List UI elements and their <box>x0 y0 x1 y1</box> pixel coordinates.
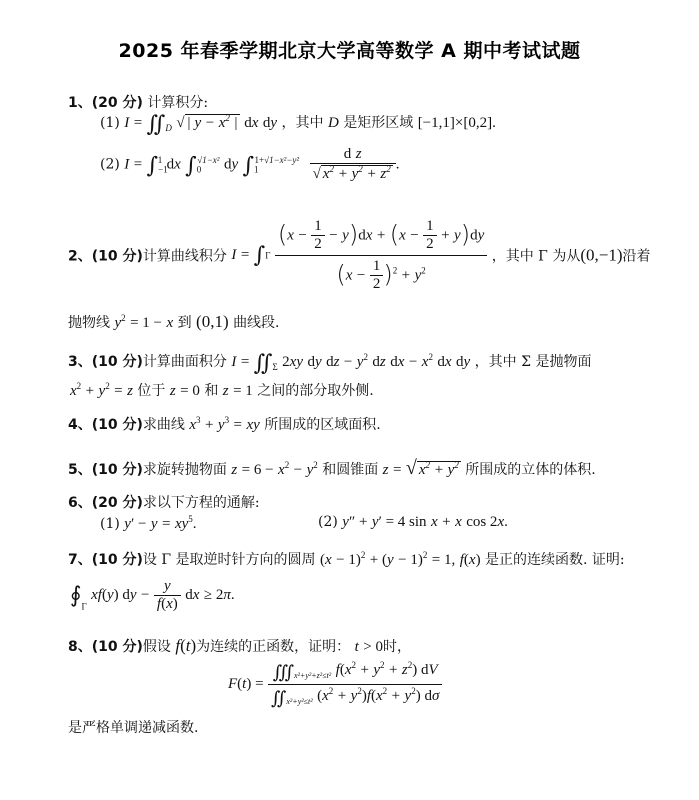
part-label: (2) <box>318 514 338 530</box>
question-prompt: 计算曲面积分 <box>143 354 227 370</box>
question-number: 2、 <box>68 249 92 265</box>
question-points: (10 分) <box>92 354 143 370</box>
part-label: (2) <box>100 157 120 173</box>
question-points: (10 分) <box>92 552 143 568</box>
question-number: 4、 <box>68 417 92 433</box>
question-points: (20 分) <box>92 95 143 111</box>
question-points: (10 分) <box>92 249 143 265</box>
question-2-continuation: 抛物线 y2 = 1 − x 到 (0,1) 曲线段. <box>68 312 280 332</box>
question-number: 1、 <box>68 95 92 111</box>
question-1-part-2: (2) I = ∫−11 dx ∫0√1−x² dy ∫11+√1−x²−y² … <box>100 146 399 183</box>
question-number: 3、 <box>68 354 92 370</box>
question-4: 4、(10 分)求曲线 x3 + y3 = xy 所围成的区域面积. <box>68 414 381 434</box>
question-3-continuation: x2 + y2 = z 位于 z = 0 和 z = 1 之间的部分取外侧. <box>70 380 374 400</box>
question-6-part-2: (2) y″ + y′ = 4 sin x + x cos 2x. <box>318 514 508 531</box>
question-8: 8、(10 分)假设 f(t)为连续的正函数，证明： t > 0时， <box>68 636 411 656</box>
question-points: (10 分) <box>92 417 143 433</box>
question-points: (10 分) <box>92 639 143 655</box>
question-8-formula: F(t) = ∭x²+y²+z²≤t² f(x2 + y2 + z2) dV ∬… <box>228 660 442 709</box>
formula-integral: I <box>124 115 129 131</box>
question-prompt: 求以下方程的通解: <box>143 495 260 511</box>
question-number: 6、 <box>68 495 92 511</box>
question-number: 7、 <box>68 552 92 568</box>
question-number: 5、 <box>68 462 92 478</box>
question-1-part-1: (1) I = ∬D √| y − x2 | dx dy ，其中 D 是矩形区域… <box>100 112 496 137</box>
question-condition: ，其中 Γ 为从 <box>492 249 581 265</box>
question-6-header: 6、(20 分)求以下方程的通解: <box>68 492 260 512</box>
question-number: 8、 <box>68 639 92 655</box>
question-7: 7、(10 分)设 Γ 是取逆时针方向的圆周 (x − 1)2 + (y − 1… <box>68 549 625 569</box>
part-label: (1) <box>100 115 120 131</box>
question-5: 5、(10 分)求旋转抛物面 z = 6 − x2 − y2 和圆锥面 z = … <box>68 457 596 480</box>
question-prompt: 计算曲线积分 <box>143 249 227 265</box>
question-prompt: 计算积分: <box>147 95 208 111</box>
question-1-header: 1、(20 分) 计算积分: <box>68 92 208 112</box>
question-3: 3、(10 分)计算曲面积分 I = ∬Σ 2xy dy dz − y2 dz … <box>68 351 591 376</box>
question-6-part-1: (1) y′ − y = xy5. <box>100 514 197 533</box>
page-title: 2025 年春季学期北京大学高等数学 A 期中考试试题 <box>0 36 699 63</box>
question-2: 2、(10 分)计算曲线积分 I = ∫Γ (x − 12 − y)dx + (… <box>68 218 651 293</box>
question-8-continuation: 是严格单调递减函数. <box>68 717 198 737</box>
question-points: (20 分) <box>92 495 143 511</box>
question-7-formula: ∮Γ xf(y) dy − yf(x) dx ≥ 2π. <box>70 578 235 613</box>
question-points: (10 分) <box>92 462 143 478</box>
part-label: (1) <box>100 516 120 532</box>
